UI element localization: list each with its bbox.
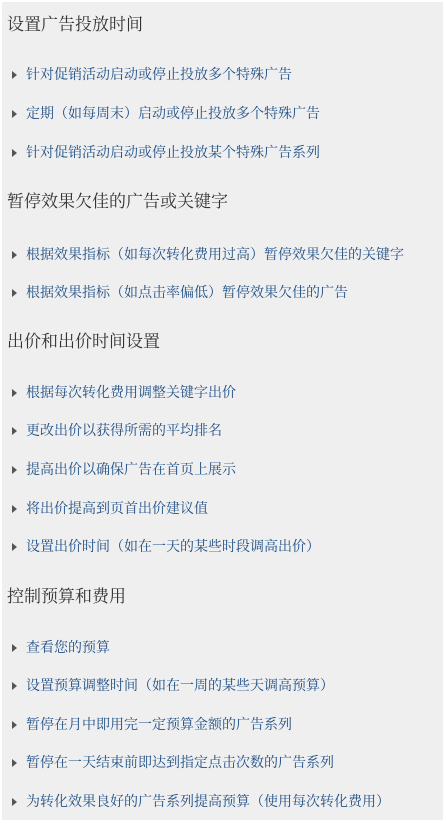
section-heading: 出价和出价时间设置 — [7, 331, 160, 353]
link-label[interactable]: 根据效果指标（如每次转化费用过高）暂停效果欠佳的关键字 — [26, 244, 404, 266]
link-label[interactable]: 定期（如每周末）启动或停止投放多个特殊广告 — [26, 103, 320, 125]
link-item[interactable]: 定期（如每周末）启动或停止投放多个特殊广告 — [12, 103, 320, 125]
triangle-right-icon — [12, 427, 17, 435]
link-item[interactable]: 查看您的预算 — [12, 637, 110, 659]
link-item[interactable]: 更改出价以获得所需的平均排名 — [12, 420, 222, 442]
triangle-right-icon — [12, 721, 17, 729]
link-label[interactable]: 设置出价时间（如在一天的某些时段调高出价） — [26, 536, 320, 558]
triangle-right-icon — [12, 644, 17, 652]
link-item[interactable]: 根据每次转化费用调整关键字出价 — [12, 382, 236, 404]
link-label[interactable]: 针对促销活动启动或停止投放多个特殊广告 — [26, 64, 292, 86]
section-heading: 暂停效果欠佳的广告或关键字 — [7, 191, 228, 213]
section-heading: 控制预算和费用 — [7, 586, 126, 608]
link-item[interactable]: 设置预算调整时间（如在一周的某些天调高预算） — [12, 675, 334, 697]
link-label[interactable]: 根据每次转化费用调整关键字出价 — [26, 382, 236, 404]
link-item[interactable]: 根据效果指标（如每次转化费用过高）暂停效果欠佳的关键字 — [12, 244, 404, 266]
link-item[interactable]: 暂停在月中即用完一定预算金额的广告系列 — [12, 714, 292, 736]
link-item[interactable]: 针对促销活动启动或停止投放多个特殊广告 — [12, 64, 292, 86]
triangle-right-icon — [12, 389, 17, 397]
triangle-right-icon — [12, 505, 17, 513]
link-item[interactable]: 将出价提高到页首出价建议值 — [12, 498, 208, 520]
link-label[interactable]: 暂停在月中即用完一定预算金额的广告系列 — [26, 714, 292, 736]
section-heading: 设置广告投放时间 — [7, 14, 143, 36]
link-label[interactable]: 设置预算调整时间（如在一周的某些天调高预算） — [26, 675, 334, 697]
link-label[interactable]: 更改出价以获得所需的平均排名 — [26, 420, 222, 442]
triangle-right-icon — [12, 71, 17, 79]
triangle-right-icon — [12, 798, 17, 806]
link-label[interactable]: 查看您的预算 — [26, 637, 110, 659]
triangle-right-icon — [12, 682, 17, 690]
link-label[interactable]: 暂停在一天结束前即达到指定点击次数的广告系列 — [26, 752, 334, 774]
triangle-right-icon — [12, 289, 17, 297]
triangle-right-icon — [12, 110, 17, 118]
link-item[interactable]: 根据效果指标（如点击率偏低）暂停效果欠佳的广告 — [12, 282, 348, 304]
link-item[interactable]: 设置出价时间（如在一天的某些时段调高出价） — [12, 536, 320, 558]
link-item[interactable]: 为转化效果良好的广告系列提高预算（使用每次转化费用） — [12, 791, 390, 813]
link-label[interactable]: 根据效果指标（如点击率偏低）暂停效果欠佳的广告 — [26, 282, 348, 304]
content-panel: 设置广告投放时间 针对促销活动启动或停止投放多个特殊广告 定期（如每周末）启动或… — [2, 2, 443, 820]
triangle-right-icon — [12, 543, 17, 551]
link-item[interactable]: 针对促销活动启动或停止投放某个特殊广告系列 — [12, 142, 320, 164]
link-label[interactable]: 将出价提高到页首出价建议值 — [26, 498, 208, 520]
link-label[interactable]: 针对促销活动启动或停止投放某个特殊广告系列 — [26, 142, 320, 164]
triangle-right-icon — [12, 149, 17, 157]
triangle-right-icon — [12, 466, 17, 474]
triangle-right-icon — [12, 251, 17, 259]
link-label[interactable]: 为转化效果良好的广告系列提高预算（使用每次转化费用） — [26, 791, 390, 813]
link-label[interactable]: 提高出价以确保广告在首页上展示 — [26, 459, 236, 481]
triangle-right-icon — [12, 759, 17, 767]
link-item[interactable]: 提高出价以确保广告在首页上展示 — [12, 459, 236, 481]
link-item[interactable]: 暂停在一天结束前即达到指定点击次数的广告系列 — [12, 752, 334, 774]
